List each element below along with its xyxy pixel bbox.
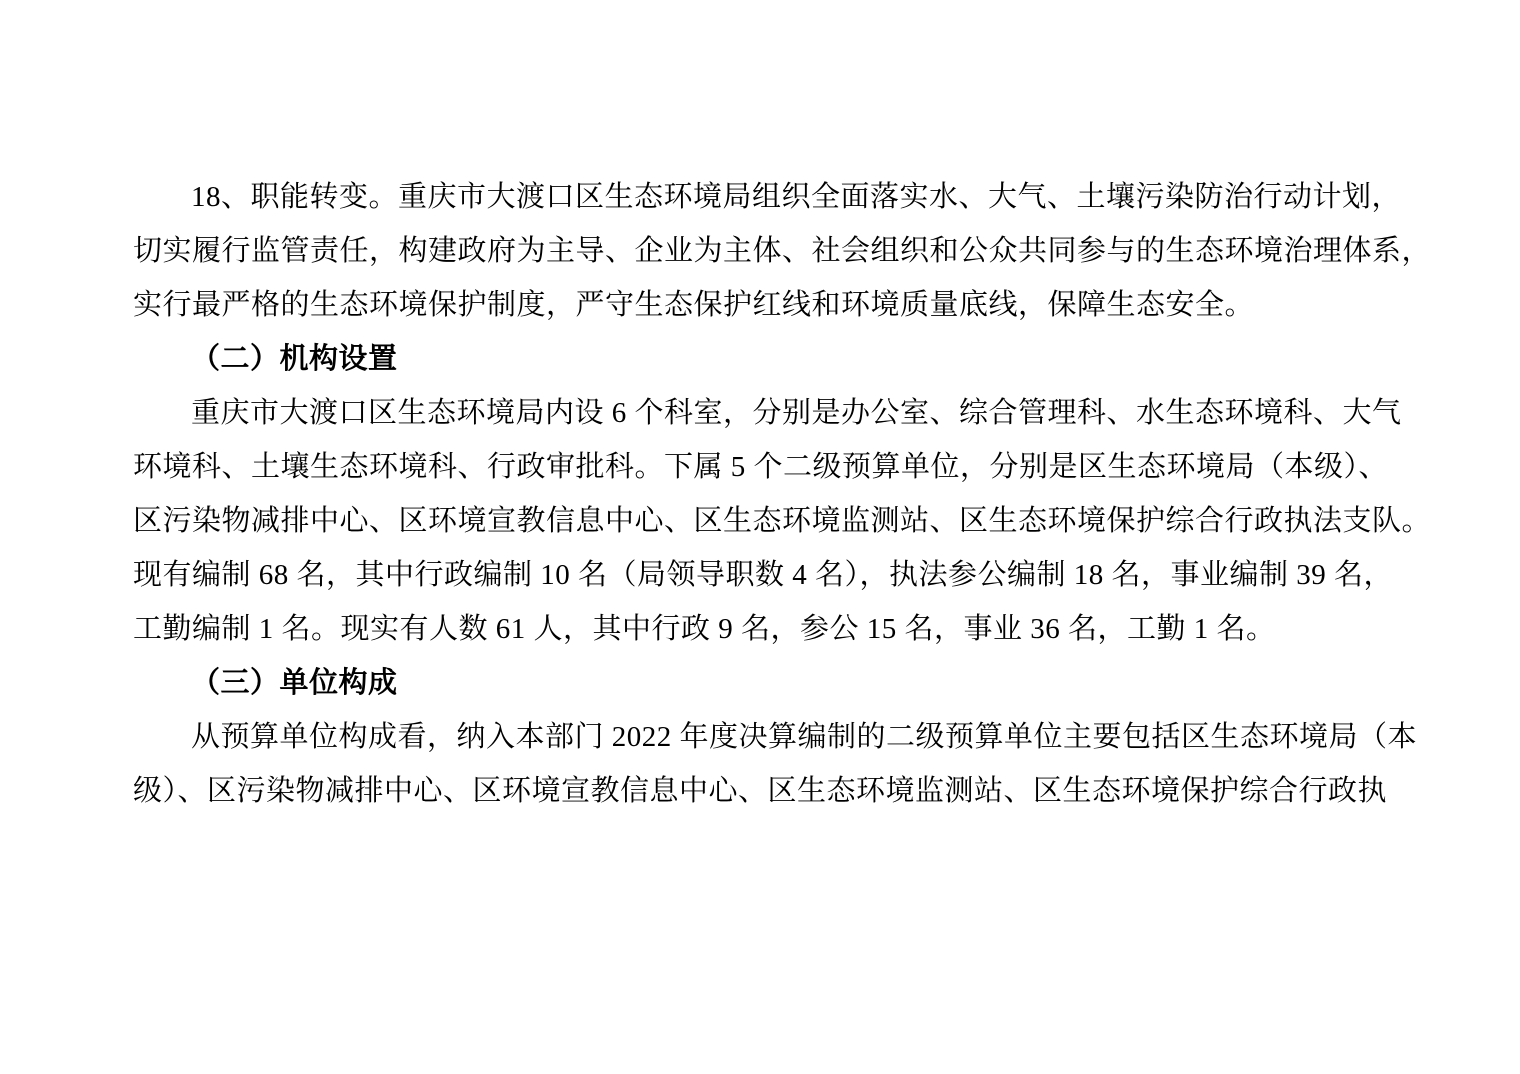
text-line: 切实履行监管责任，构建政府为主导、企业为主体、社会组织和公众共同参与的生态环境治… bbox=[133, 224, 1423, 278]
text-line: 现有编制 68 名，其中行政编制 10 名（局领导职数 4 名），执法参公编制 … bbox=[133, 548, 1423, 602]
document-page: 18、职能转变。重庆市大渡口区生态环境局组织全面落实水、大气、土壤污染防治行动计… bbox=[0, 0, 1520, 1074]
text-line: 从预算单位构成看，纳入本部门 2022 年度决算编制的二级预算单位主要包括区生态… bbox=[133, 710, 1423, 764]
text-line: 18、职能转变。重庆市大渡口区生态环境局组织全面落实水、大气、土壤污染防治行动计… bbox=[133, 170, 1423, 224]
text-line: 级）、区污染物减排中心、区环境宣教信息中心、区生态环境监测站、区生态环境保护综合… bbox=[133, 764, 1423, 818]
document-text-block: 18、职能转变。重庆市大渡口区生态环境局组织全面落实水、大气、土壤污染防治行动计… bbox=[133, 170, 1423, 818]
text-line: 环境科、土壤生态环境科、行政审批科。下属 5 个二级预算单位，分别是区生态环境局… bbox=[133, 440, 1423, 494]
text-line: 区污染物减排中心、区环境宣教信息中心、区生态环境监测站、区生态环境保护综合行政执… bbox=[133, 494, 1423, 548]
text-line: 重庆市大渡口区生态环境局内设 6 个科室，分别是办公室、综合管理科、水生态环境科… bbox=[133, 386, 1423, 440]
text-line: 工勤编制 1 名。现实有人数 61 人，其中行政 9 名，参公 15 名，事业 … bbox=[133, 602, 1423, 656]
section-heading: （二）机构设置 bbox=[133, 332, 1423, 386]
text-line: 实行最严格的生态环境保护制度，严守生态保护红线和环境质量底线，保障生态安全。 bbox=[133, 278, 1423, 332]
section-heading: （三）单位构成 bbox=[133, 656, 1423, 710]
